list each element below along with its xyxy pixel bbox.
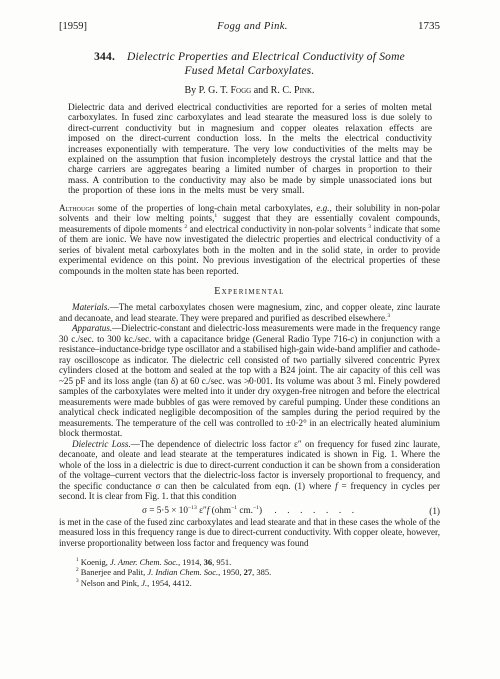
dielectric-loss-paragraph: Dielectric Loss.—The dependence of diele… <box>59 439 440 502</box>
text-run: 344. <box>94 51 115 63</box>
text-run <box>115 51 127 63</box>
running-title: Fogg and Pink. <box>217 21 288 32</box>
footnotes: 1 Koenig, J. Amer. Chem. Soc., 1914, 36,… <box>59 557 440 588</box>
text-run: Dielectric Loss. <box>72 439 131 449</box>
text-run: Banerjee and Palit, <box>79 567 148 577</box>
text-run: , 1914, <box>178 557 204 567</box>
text-run: , 1950, <box>218 567 244 577</box>
text-run: some of the properties of long-chain met… <box>94 203 316 213</box>
materials-paragraph: Materials.—The metal carboxylates chosen… <box>59 302 440 323</box>
text-run: and R. C. <box>251 85 294 96</box>
text-run: (ohm <box>209 505 231 515</box>
equation-dot-leaders: . . . . . . . <box>274 505 357 515</box>
text-run: By P. G. T. <box>184 85 230 96</box>
article-title-line2: Fused Metal Carboxylates. <box>59 64 440 78</box>
continuation-paragraph: is met in the case of the fused zinc car… <box>59 517 440 549</box>
equation-body: σ = 5·5 × 10−13 ε″f (ohm−1 cm.−1) . . . … <box>142 505 357 515</box>
equation-formula: σ = 5·5 × 10−13 ε″f (ohm−1 cm.−1) <box>142 505 262 515</box>
article-title-line2-text: Fused Metal Carboxylates. <box>185 65 315 77</box>
text-run: Fogg <box>231 85 252 96</box>
text-run: , 1954, 4412. <box>147 578 192 588</box>
text-run: cm. <box>237 505 253 515</box>
text-run: —Dielectric-constant and dielectric-loss… <box>59 323 440 438</box>
text-run: Dielectric Properties and Electrical Con… <box>127 51 405 63</box>
text-run: Although <box>59 203 94 213</box>
article-title-block: 344. Dielectric Properties and Electrica… <box>59 50 440 78</box>
journal-page: [1959] Fogg and Pink. 1735 344. Dielectr… <box>0 0 500 679</box>
text-run: σ = 5·5 × 10 <box>142 505 188 515</box>
text-run: Nelson and Pink, <box>79 578 142 588</box>
text-run: Pink. <box>294 85 315 96</box>
text-run: —The metal carboxylates chosen were magn… <box>59 302 440 323</box>
text-run: ) <box>259 505 262 515</box>
page-header: [1959] Fogg and Pink. 1735 <box>59 20 440 32</box>
text-run: Koenig, <box>79 557 110 567</box>
byline: By P. G. T. Fogg and R. C. Pink. <box>59 85 440 96</box>
footnote-item-3: 3 Nelson and Pink, J., 1954, 4412. <box>76 578 440 588</box>
text-run: −13 <box>188 505 197 511</box>
text-run: 27 <box>244 567 253 577</box>
section-heading-experimental: Experimental <box>59 286 440 297</box>
apparatus-paragraph: Apparatus.—Dielectric-constant and diele… <box>59 323 440 439</box>
article-title-line1: 344. Dielectric Properties and Electrica… <box>59 50 440 64</box>
intro-paragraph: Although some of the properties of long-… <box>59 203 440 277</box>
text-run: Apparatus. <box>72 323 112 333</box>
equation: σ = 5·5 × 10−13 ε″f (ohm−1 cm.−1) . . . … <box>59 505 440 515</box>
text-run: J. Indian Chem. Soc. <box>147 567 218 577</box>
text-run: and electrical conductivity in non-polar… <box>187 224 368 234</box>
page-number: 1735 <box>418 20 440 32</box>
text-run: , 385. <box>252 567 271 577</box>
issue-year: [1959] <box>59 21 87 32</box>
text-run: Materials. <box>72 302 110 312</box>
text-run: ε″ <box>197 505 207 515</box>
text-run: e.g. <box>316 203 329 213</box>
equation-number: (1) <box>429 506 440 516</box>
text-run: , 951. <box>212 557 231 567</box>
footnote-item-1: 1 Koenig, J. Amer. Chem. Soc., 1914, 36,… <box>76 557 440 567</box>
text-run: 3 <box>387 313 390 319</box>
abstract-paragraph: Dielectric data and derived electrical c… <box>68 103 432 197</box>
footnote-item-2: 2 Banerjee and Palit, J. Indian Chem. So… <box>76 567 440 577</box>
text-run: 36 <box>204 557 213 567</box>
text-run: J. Amer. Chem. Soc. <box>110 557 178 567</box>
